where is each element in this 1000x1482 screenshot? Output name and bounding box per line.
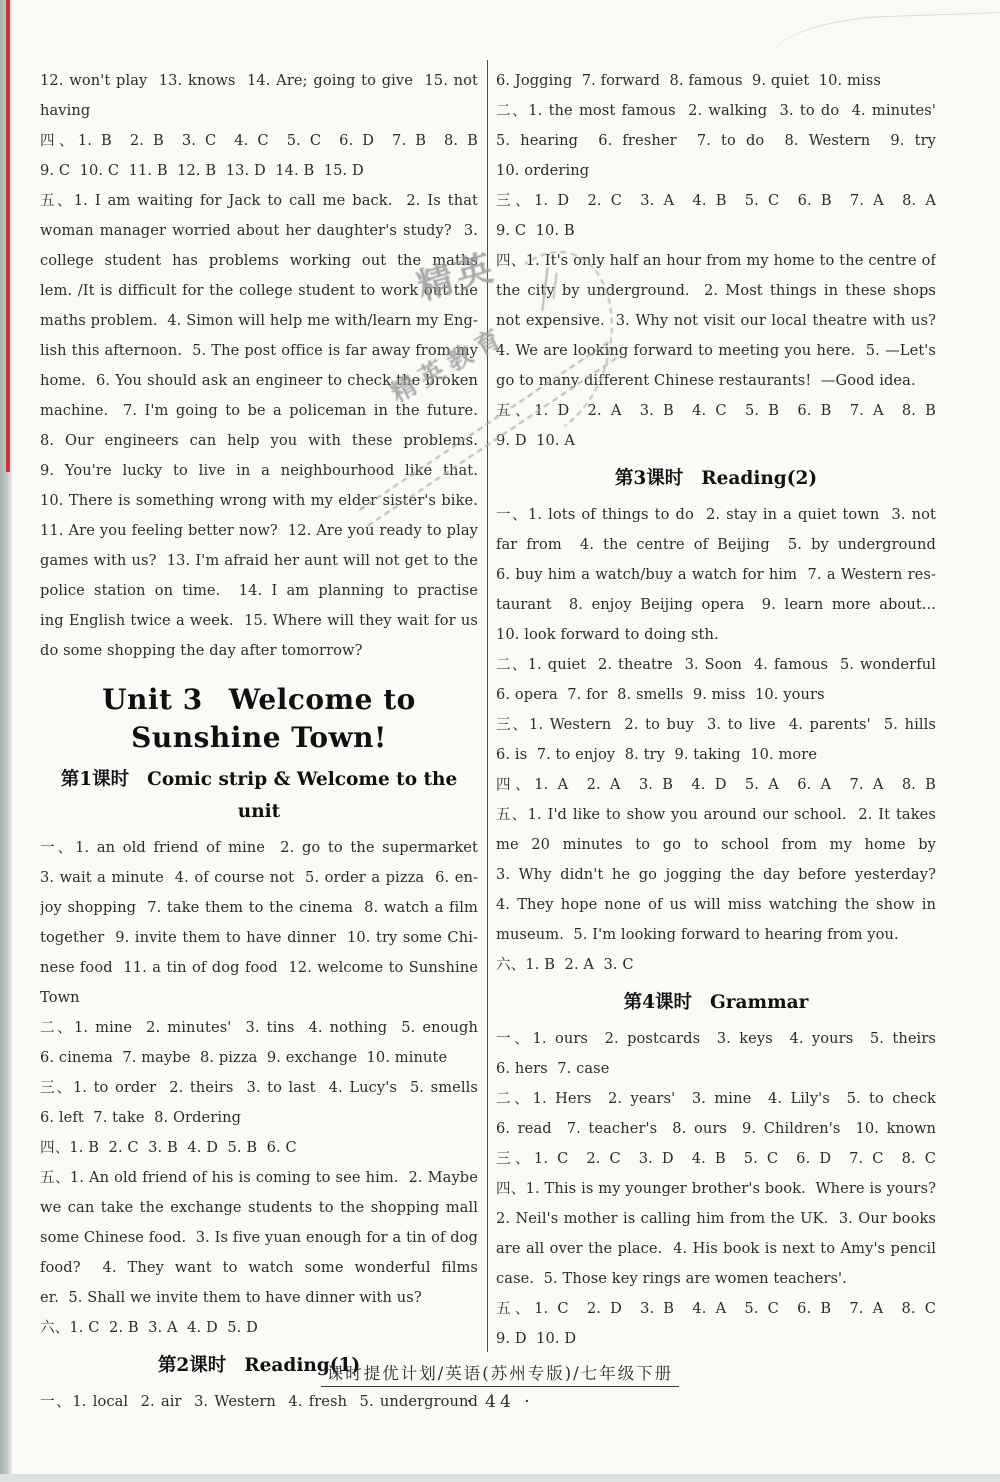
answer-line: 五、1. C 2. D 3. B 4. A 5. C 6. B 7. A 8. …: [496, 1294, 936, 1324]
answer-line: college student has problems working out…: [40, 246, 478, 276]
answer-line: 6. cinema 7. maybe 8. pizza 9. exchange …: [40, 1043, 478, 1073]
lesson-name-en: Reading(2): [701, 468, 817, 489]
answer-line: are all over the place. 4. His book is n…: [496, 1234, 936, 1264]
scanned-answer-page: 12. won't play 13. knows 14. Are; going …: [0, 0, 1000, 1482]
scan-edge-bottom: [0, 1474, 1000, 1482]
answer-line: 五、1. An old friend of his is coming to s…: [40, 1163, 478, 1193]
answer-line: do some shopping the day after tomorrow?: [40, 636, 478, 666]
answer-line: together 9. invite them to have dinner 1…: [40, 923, 478, 953]
unit-title: Unit 3Welcome to Sunshine Town!: [40, 681, 478, 757]
answer-line: not expensive. 3. Why not visit our loca…: [496, 306, 936, 336]
lesson-number-zh: 第4课时: [624, 992, 692, 1013]
answer-line: police station on time. 14. I am plannin…: [40, 576, 478, 606]
answer-line: 6. read 7. teacher's 8. ours 9. Children…: [496, 1114, 936, 1144]
lesson-number-zh: 第3课时: [615, 468, 683, 489]
column-divider: [487, 60, 488, 1352]
answer-line: maths problem. 4. Simon will help me wit…: [40, 306, 478, 336]
answer-line: 一、1. an old friend of mine 2. go to the …: [40, 833, 478, 863]
answer-line: lem. /It is difficult for the college st…: [40, 276, 478, 306]
answer-line: some Chinese food. 3. Is five yuan enoug…: [40, 1223, 478, 1253]
answer-line: 一、1. ours 2. postcards 3. keys 4. yours …: [496, 1024, 936, 1054]
answer-line: museum. 5. I'm looking forward to hearin…: [496, 920, 936, 950]
answer-line: case. 5. Those key rings are women teach…: [496, 1264, 936, 1294]
answer-line: joy shopping 7. take them to the cinema …: [40, 893, 478, 923]
answer-line: 二、1. the most famous 2. walking 3. to do…: [496, 96, 936, 126]
answer-line: 二、1. quiet 2. theatre 3. Soon 4. famous …: [496, 650, 936, 680]
answer-line: far from 4. the centre of Beijing 5. by …: [496, 530, 936, 560]
answer-line: 9. C 10. B: [496, 216, 936, 246]
answer-line: go to many different Chinese restaurants…: [496, 366, 936, 396]
answer-line: taurant 8. enjoy Beijing opera 9. learn …: [496, 590, 936, 620]
answer-line: 三、1. Western 2. to buy 3. to live 4. par…: [496, 710, 936, 740]
answer-line: 6. buy him a watch/buy a watch for him 7…: [496, 560, 936, 590]
lesson-name-en: Comic strip & Welcome to the unit: [147, 769, 457, 822]
answer-line: lish this afternoon. 5. The post office …: [40, 336, 478, 366]
answer-line: machine. 7. I'm going to be a policeman …: [40, 396, 478, 426]
answer-line: 9. D 10. D: [496, 1324, 936, 1354]
answer-line: games with us? 13. I'm afraid her aunt w…: [40, 546, 478, 576]
answer-line: 六、1. C 2. B 3. A 4. D 5. D: [40, 1313, 478, 1343]
answer-line: 五、1. D 2. A 3. B 4. C 5. B 6. B 7. A 8. …: [496, 396, 936, 426]
answer-line: 6. is 7. to enjoy 8. try 9. taking 10. m…: [496, 740, 936, 770]
answer-line: 6. Jogging 7. forward 8. famous 9. quiet…: [496, 66, 936, 96]
answer-line: 4. We are looking forward to meeting you…: [496, 336, 936, 366]
lesson-name-en: Grammar: [710, 992, 808, 1013]
answer-line: 三、1. D 2. C 3. A 4. B 5. C 6. B 7. A 8. …: [496, 186, 936, 216]
answer-line: 四、1. A 2. A 3. B 4. D 5. A 6. A 7. A 8. …: [496, 770, 936, 800]
answer-line: we can take the exchange students to the…: [40, 1193, 478, 1223]
answer-line: 二、1. mine 2. minutes' 3. tins 4. nothing…: [40, 1013, 478, 1043]
answer-line: 10. look forward to doing sth.: [496, 620, 936, 650]
answer-line: 三、1. to order 2. theirs 3. to last 4. Lu…: [40, 1073, 478, 1103]
answer-line: food? 4. They want to watch some wonderf…: [40, 1253, 478, 1283]
answer-line: 9. You're lucky to live in a neighbourho…: [40, 456, 478, 486]
answer-line: 三、1. C 2. C 3. D 4. B 5. C 6. D 7. C 8. …: [496, 1144, 936, 1174]
scan-edge-red-line: [6, 0, 10, 472]
answer-line: 9. D 10. A: [496, 426, 936, 456]
answer-line: 6. hers 7. case: [496, 1054, 936, 1084]
answer-line: Town: [40, 983, 478, 1013]
answer-line: 10. ordering: [496, 156, 936, 186]
answer-line: 二、1. Hers 2. years' 3. mine 4. Lily's 5.…: [496, 1084, 936, 1114]
answer-line: 四、1. B 2. B 3. C 4. C 5. C 6. D 7. B 8. …: [40, 126, 478, 156]
lesson-title: 第3课时Reading(2): [496, 463, 936, 495]
right-column: 6. Jogging 7. forward 8. famous 9. quiet…: [496, 66, 936, 1354]
answer-line: 9. C 10. C 11. B 12. B 13. D 14. B 15. D: [40, 156, 478, 186]
answer-line: 12. won't play 13. knows 14. Are; going …: [40, 66, 478, 96]
answer-line: nese food 11. a tin of dog food 12. welc…: [40, 953, 478, 983]
answer-line: 3. wait a minute 4. of course not 5. ord…: [40, 863, 478, 893]
answer-line: 3. Why didn't he go jogging the day befo…: [496, 860, 936, 890]
answer-line: 四、1. This is my younger brother's book. …: [496, 1174, 936, 1204]
answer-line: 4. They hope none of us will miss watchi…: [496, 890, 936, 920]
answer-line: 2. Neil's mother is calling him from the…: [496, 1204, 936, 1234]
answer-line: the city by underground. 2. Most things …: [496, 276, 936, 306]
book-title: 课时提优计划/英语(苏州专版)/七年级下册: [321, 1360, 680, 1387]
answer-line: 10. There is something wrong with my eld…: [40, 486, 478, 516]
page-number: · 44 ·: [0, 1392, 1000, 1412]
lesson-title: 第4课时Grammar: [496, 987, 936, 1019]
answer-line: er. 5. Shall we invite them to have dinn…: [40, 1283, 478, 1313]
answer-line: 5. hearing 6. fresher 7. to do 8. Wester…: [496, 126, 936, 156]
answer-line: 五、1. I'd like to show you around our sch…: [496, 800, 936, 830]
lesson-number-zh: 第1课时: [61, 769, 129, 790]
answer-line: ing English twice a week. 15. Where will…: [40, 606, 478, 636]
answer-line: 五、1. I am waiting for Jack to call me ba…: [40, 186, 478, 216]
answer-line: 六、1. B 2. A 3. C: [496, 950, 936, 980]
answer-line: 6. opera 7. for 8. smells 9. miss 10. yo…: [496, 680, 936, 710]
answer-line: 一、1. lots of things to do 2. stay in a q…: [496, 500, 936, 530]
answer-line: woman manager worried about her daughter…: [40, 216, 478, 246]
lesson-title: 第1课时Comic strip & Welcome to the unit: [40, 764, 478, 828]
answer-line: me 20 minutes to go to school from my ho…: [496, 830, 936, 860]
answer-line: 8. Our engineers can help you with these…: [40, 426, 478, 456]
answer-line: having: [40, 96, 478, 126]
left-column: 12. won't play 13. knows 14. Are; going …: [40, 66, 478, 1417]
unit-number: Unit 3: [102, 683, 203, 716]
answer-line: 四、1. It's only half an hour from my home…: [496, 246, 936, 276]
page-footer: 课时提优计划/英语(苏州专版)/七年级下册: [0, 1360, 1000, 1387]
answer-line: 6. left 7. take 8. Ordering: [40, 1103, 478, 1133]
answer-line: home. 6. You should ask an engineer to c…: [40, 366, 478, 396]
answer-line: 11. Are you feeling better now? 12. Are …: [40, 516, 478, 546]
answer-line: 四、1. B 2. C 3. B 4. D 5. B 6. C: [40, 1133, 478, 1163]
